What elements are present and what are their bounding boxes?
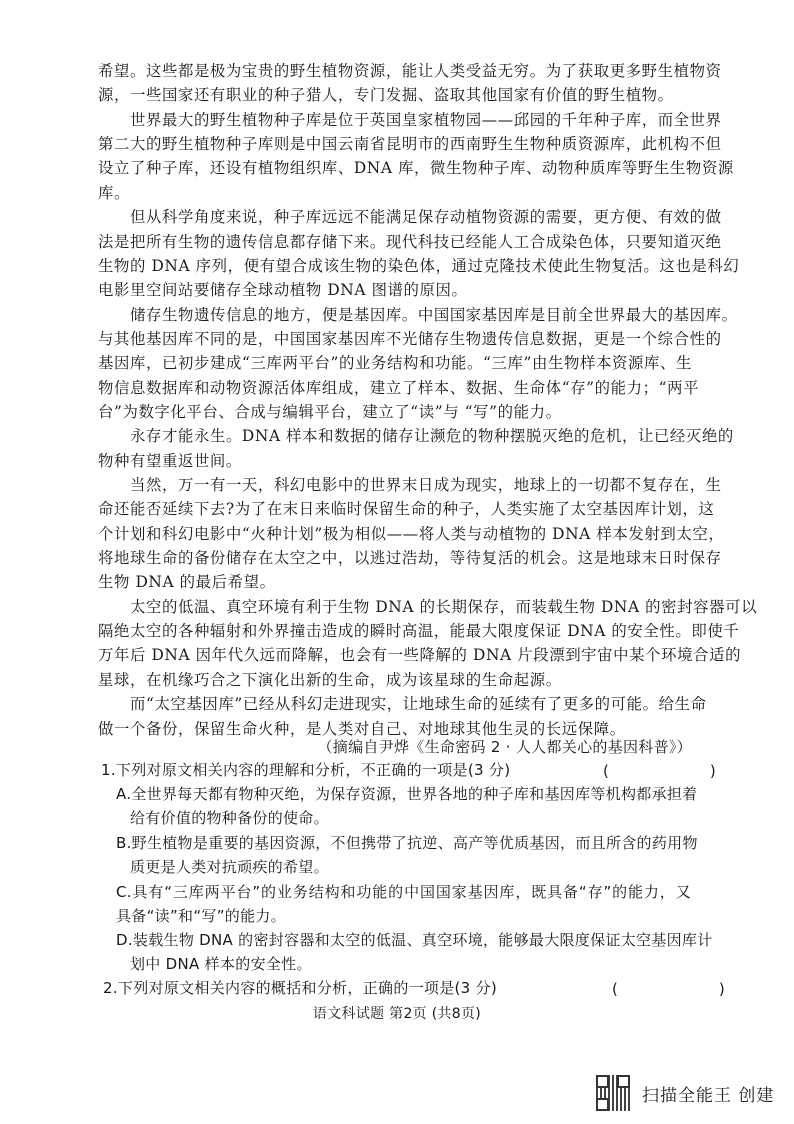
question-2-text: 下列对原文相关内容的概括和分析，正确的一项是(3 分) [118,979,497,997]
watermark-text: 扫描全能王 创建 [642,1081,774,1106]
option-d-line-1: D.装载生物 DNA 的密封容器和太空的低温、真空环境，能够最大限度保证太空基因… [116,930,691,950]
option-c-line-1: C.具有“三库两平台”的业务结构和功能的中国国家基因库，既具备“存”的能力，又 [116,882,691,902]
passage-line: 电影里空间站要储存全球动植物 DNA 图谱的原因。 [98,280,692,300]
passage-line: 物信息数据库和动物资源活体库组成，建立了样本、数据、生命体“存”的能力；“两平 [98,378,692,398]
passage-line: 而“太空基因库”已经从科幻走进现实，让地球生命的延续有了更多的可能。给生命 [130,694,692,714]
passage-line: 生物 DNA 的最后希望。 [98,572,692,592]
passage-line: 基因库，已初步建成“三库两平台”的业务结构和功能。“三库”由生物样本资源库、生 [98,353,692,373]
option-a-line-1: A.全世界每天都有物种灭绝，为保存资源，世界各地的种子库和基因库等机构都承担着 [116,784,691,804]
option-c-line-2: 具备“读”和“写”的能力。 [116,906,691,926]
question-2-stem: 2.下列对原文相关内容的概括和分析，正确的一项是(3 分) [103,978,697,998]
passage-line: 希望。这些都是极为宝贵的野生植物资源，能让人类受益无穷。为了获取更多野生植物资 [98,61,692,81]
passage-line: 但从科学角度来说，种子库远远不能满足保存动植物资源的需要，更方便、有效的做 [130,207,692,227]
passage-line: 台”为数字化平台、合成与编辑平台，建立了“读”与 “写”的能力。 [98,402,692,422]
question-2-number: 2. [103,979,118,997]
question-1-answer-blank[interactable]: ( ) [603,760,730,781]
source-citation: （摘编自尹烨《生命密码 2 · 人人都关心的基因科普》） [98,737,692,757]
passage-line: 个计划和科幻电影中“火种计划”极为相似——将人类与动植物的 DNA 样本发射到太… [98,524,692,544]
qr-code-icon [596,1075,630,1111]
passage-line: 物种有望重返世间。 [98,451,692,471]
scanner-watermark: 扫描全能王 创建 [596,1075,774,1111]
passage-line: 永存才能永生。DNA 样本和数据的储存让濒危的物种摆脱灭绝的危机，让已经灭绝的 [130,426,692,446]
passage-line: 生物的 DNA 序列，便有望合成该生物的染色体，通过克隆技术使此生物复活。这也是… [98,256,692,276]
option-b-line-2: 质更是人类对抗顽疾的希望。 [130,857,690,877]
question-1-number: 1. [101,761,116,779]
passage-line: 世界最大的野生植物种子库是位于英国皇家植物园——邱园的千年种子库，而全世界 [130,110,692,130]
passage-line: 库。 [98,183,692,203]
passage-line: 命还能否延续下去?为了在末日来临时保留生命的种子，人类实施了太空基因库计划，这 [98,499,692,519]
passage-line: 与其他基因库不同的是，中国国家基因库不光储存生物遗传信息数据，更是一个综合性的 [98,329,692,349]
passage-line: 万年后 DNA 因年代久远而降解，也会有一些降解的 DNA 片段漂到宇宙中某个环… [98,645,692,665]
exam-page: 希望。这些都是极为宝贵的野生植物资源，能让人类受益无穷。为了获取更多野生植物资源… [0,0,794,1124]
option-d-line-2: 划中 DNA 样本的安全性。 [130,954,690,974]
passage-line: 源，一些国家还有职业的种子猎人，专门发掘、盗取其他国家有价值的野生植物。 [98,85,692,105]
page-footer: 语文科试题 第2页 (共8页) [0,1003,794,1023]
passage-line: 第二大的野生植物种子库则是中国云南省昆明市的西南野生生物种质资源库，此机构不但 [98,134,692,154]
question-2-answer-blank[interactable]: ( ) [612,978,739,999]
passage-line: 隔绝太空的各种辐射和外界撞击造成的瞬时高温，能最大限度保证 DNA 的安全性。即… [98,621,692,641]
passage-line: 当然，万一有一天，科幻电影中的世界末日成为现实，地球上的一切都不复存在，生 [130,475,692,495]
option-b-line-1: B.野生植物是重要的基因资源，不但携带了抗逆、高产等优质基因，而且所含的药用物 [116,833,691,853]
passage-line: 太空的低温、真空环境有利于生物 DNA 的长期保存，而装载生物 DNA 的密封容… [130,597,692,617]
passage-line: 星球，在机缘巧合之下演化出新的生命，成为该星球的生命起源。 [98,670,692,690]
option-a-line-2: 给有价值的物种备份的使命。 [130,808,690,828]
passage-line: 法是把所有生物的遗传信息都存储下来。现代科技已经能人工合成染色体，只要知道灭绝 [98,232,692,252]
passage-line: 做一个备份，保留生命火种，是人类对自己、对地球其他生灵的长远保障。 [98,719,692,739]
passage-line: 设立了种子库，还设有植物组织库、DNA 库，微生物种子库、动物种质库等野生生物资… [98,158,692,178]
passage-line: 储存生物遗传信息的地方，便是基因库。中国国家基因库是目前全世界最大的基因库。 [130,305,692,325]
passage-line: 将地球生命的备份储存在太空之中，以逃过浩劫，等待复活的机会。这是地球末日时保存 [98,548,692,568]
question-1-text: 下列对原文相关内容的理解和分析，不正确的一项是(3 分) [116,761,510,779]
